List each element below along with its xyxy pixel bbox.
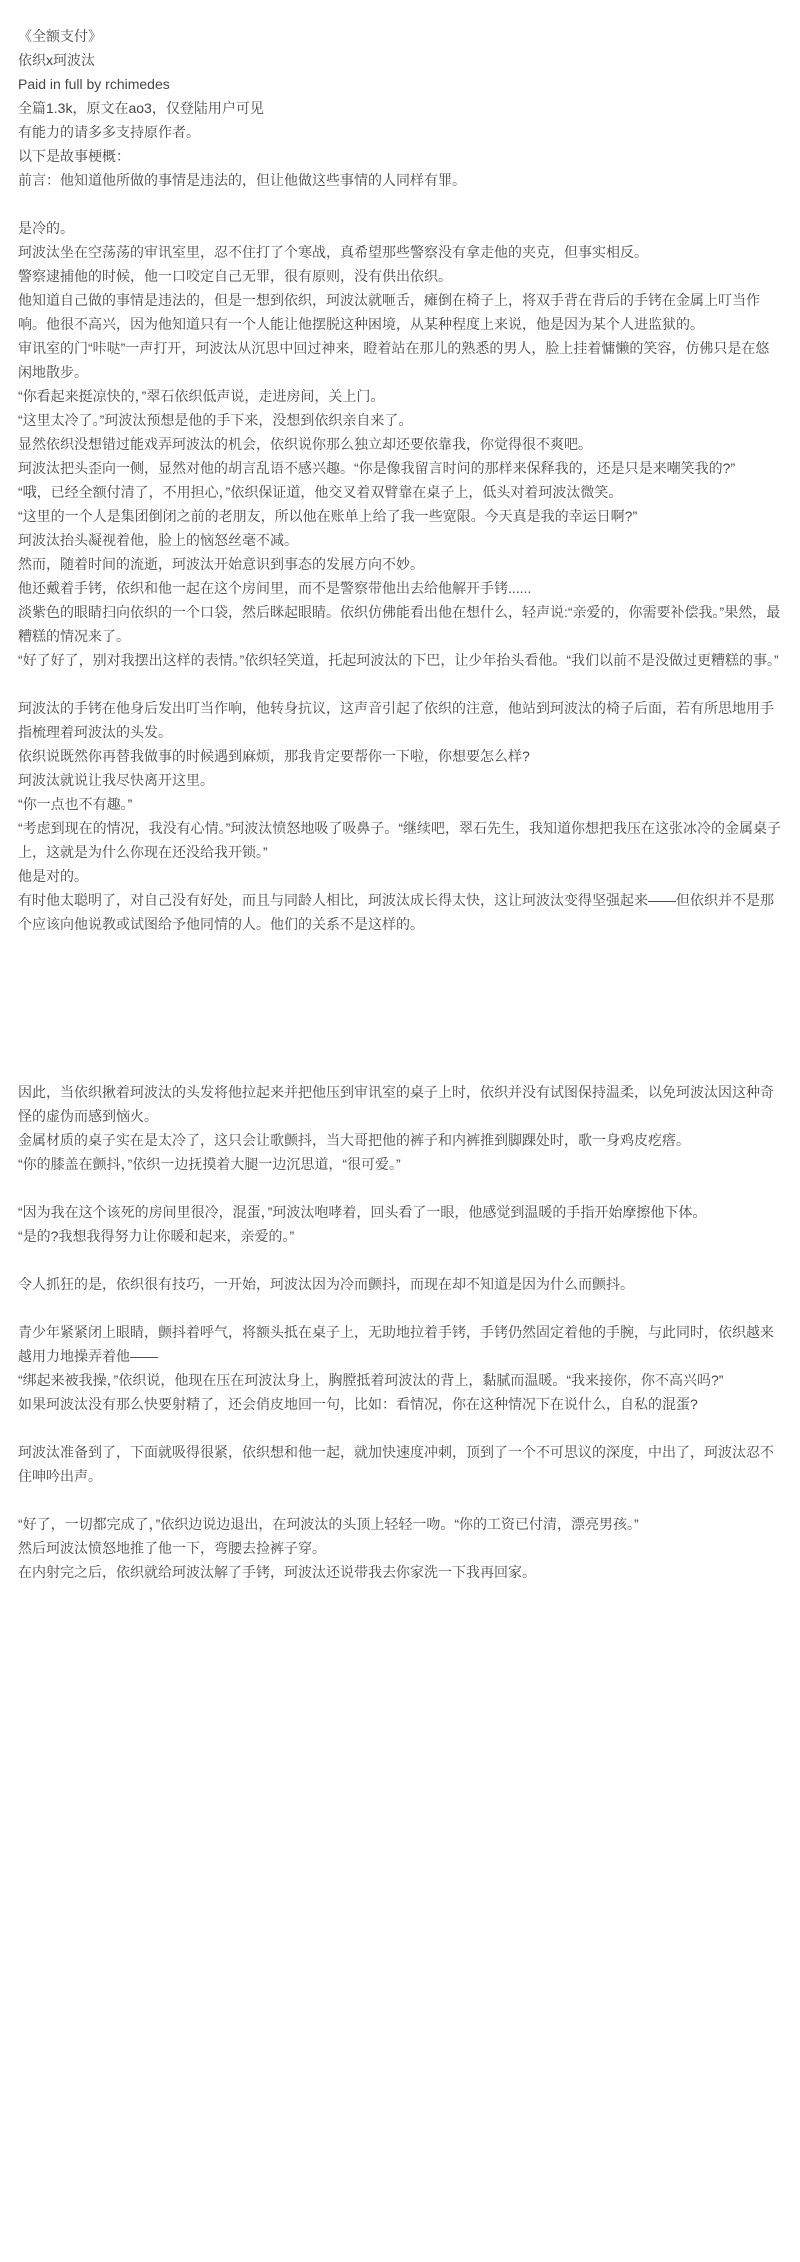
story-info-line-3: 以下是故事梗概： <box>18 144 782 168</box>
story-paragraph: “绑起来被我操，”依织说，他现在压在珂波汰身上，胸膛抵着珂波汰的背上，黏腻而温暖… <box>18 1368 782 1392</box>
story-paragraph: 依织说既然你再替我做事的时候遇到麻烦，那我肯定要帮你一下啦，你想要怎么样? <box>18 744 782 768</box>
story-paragraph: “好了，一切都完成了，”依织边说边退出，在珂波汰的头顶上轻轻一吻。“你的工资已付… <box>18 1512 782 1536</box>
story-paragraph: 他是对的。 <box>18 864 782 888</box>
story-paragraph: 珂波汰准备到了，下面就吸得很紧，依织想和他一起，就加快速度冲刺，顶到了一个不可思… <box>18 1440 782 1488</box>
story-paragraph: 是冷的。 <box>18 216 782 240</box>
story-paragraph: 珂波汰的手铐在他身后发出叮当作响，他转身抗议，这声音引起了依织的注意，他站到珂波… <box>18 696 782 744</box>
story-paragraph: 青少年紧紧闭上眼睛，颤抖着呼气，将额头抵在桌子上，无助地拉着手铐，手铐仍然固定着… <box>18 1320 782 1368</box>
story-paragraph: 然后珂波汰愤怒地推了他一下，弯腰去捡裤子穿。 <box>18 1536 782 1560</box>
story-paragraph: 他知道自己做的事情是违法的，但是一想到依织，珂波汰就咂舌，瘫倒在椅子上，将双手背… <box>18 288 782 336</box>
story-paragraph: “这里太冷了。”珂波汰预想是他的手下来，没想到依织亲自来了。 <box>18 408 782 432</box>
blank-line <box>18 672 782 696</box>
blank-line <box>18 1296 782 1320</box>
story-pairing: 依织x珂波汰 <box>18 48 782 72</box>
story-document: 《全额支付》 依织x珂波汰 Paid in full by rchimedes … <box>0 0 800 2262</box>
story-paragraph: 在内射完之后，依织就给珂波汰解了手铐，珂波汰还说带我去你家洗一下我再回家。 <box>18 1560 782 1584</box>
story-paragraph: 珂波汰把头歪向一侧，显然对他的胡言乱语不感兴趣。“你是像我留言时问的那样来保释我… <box>18 456 782 480</box>
blank-line <box>18 1032 782 1056</box>
story-paragraph: 警察逮捕他的时候，他一口咬定自己无罪，很有原则，没有供出依织。 <box>18 264 782 288</box>
story-title: 《全额支付》 <box>18 24 782 48</box>
story-paragraph: “你一点也不有趣。” <box>18 792 782 816</box>
story-info-line-1: 全篇1.3k，原文在ao3，仅登陆用户可见 <box>18 96 782 120</box>
story-paragraph: 显然依织没想错过能戏弄珂波汰的机会，依织说你那么独立却还要依靠我，你觉得很不爽吧… <box>18 432 782 456</box>
story-paragraph: 有时他太聪明了，对自己没有好处，而且与同龄人相比，珂波汰成长得太快，这让珂波汰变… <box>18 888 782 936</box>
story-info-line-2: 有能力的请多多支持原作者。 <box>18 120 782 144</box>
story-paragraph: “考虑到现在的情况，我没有心情。”珂波汰愤怒地吸了吸鼻子。“继续吧，翠石先生，我… <box>18 816 782 864</box>
blank-line <box>18 1488 782 1512</box>
blank-line <box>18 984 782 1008</box>
story-source-title: Paid in full by rchimedes <box>18 72 782 96</box>
story-paragraph: 他还戴着手铐，依织和他一起在这个房间里，而不是警察带他出去给他解开手铐.....… <box>18 576 782 600</box>
story-paragraph: 金属材质的桌子实在是太冷了，这只会让歌颤抖，当大哥把他的裤子和内裤推到脚踝处时，… <box>18 1128 782 1152</box>
story-paragraph: “因为我在这个该死的房间里很冷，混蛋，”珂波汰咆哮着，回头看了一眼，他感觉到温暖… <box>18 1200 782 1224</box>
blank-line <box>18 1416 782 1440</box>
blank-line <box>18 1248 782 1272</box>
story-paragraph: 令人抓狂的是，依织很有技巧，一开始，珂波汰因为冷而颤抖，而现在却不知道是因为什么… <box>18 1272 782 1296</box>
story-paragraph: “好了好了，别对我摆出这样的表情。”依织轻笑道，托起珂波汰的下巴，让少年抬头看他… <box>18 648 782 672</box>
story-paragraph: 然而，随着时间的流逝，珂波汰开始意识到事态的发展方向不妙。 <box>18 552 782 576</box>
blank-line <box>18 1056 782 1080</box>
story-paragraph: “你看起来挺凉快的，”翠石依织低声说，走进房间，关上门。 <box>18 384 782 408</box>
story-header: 《全额支付》 依织x珂波汰 Paid in full by rchimedes … <box>18 24 782 168</box>
story-paragraph: 珂波汰坐在空荡荡的审讯室里，忍不住打了个寒战，真希望那些警察没有拿走他的夹克，但… <box>18 240 782 264</box>
story-paragraph: 前言：他知道他所做的事情是违法的，但让他做这些事情的人同样有罪。 <box>18 168 782 192</box>
story-paragraph: 珂波汰就说让我尽快离开这里。 <box>18 768 782 792</box>
story-paragraph: “哦，已经全额付清了，不用担心，”依织保证道，他交叉着双臂靠在桌子上，低头对着珂… <box>18 480 782 504</box>
story-paragraph: “你的膝盖在颤抖，”依织一边抚摸着大腿一边沉思道，“很可爱。” <box>18 1152 782 1176</box>
blank-line <box>18 936 782 960</box>
story-paragraph: “这里的一个人是集团倒闭之前的老朋友，所以他在账单上给了我一些宽限。今天真是我的… <box>18 504 782 528</box>
story-body: 前言：他知道他所做的事情是违法的，但让他做这些事情的人同样有罪。是冷的。珂波汰坐… <box>18 168 782 1584</box>
story-paragraph: “是的?我想我得努力让你暖和起来，亲爱的。” <box>18 1224 782 1248</box>
blank-line <box>18 1176 782 1200</box>
story-paragraph: 淡紫色的眼睛扫向依织的一个口袋，然后眯起眼睛。依织仿佛能看出他在想什么，轻声说:… <box>18 600 782 648</box>
story-paragraph: 珂波汰抬头凝视着他，脸上的恼怒丝毫不减。 <box>18 528 782 552</box>
story-paragraph: 如果珂波汰没有那么快要射精了，还会俏皮地回一句，比如：看情况，你在这种情况下在说… <box>18 1392 782 1416</box>
blank-line <box>18 1008 782 1032</box>
blank-line <box>18 960 782 984</box>
story-paragraph: 因此，当依织揪着珂波汰的头发将他拉起来并把他压到审讯室的桌子上时，依织并没有试图… <box>18 1080 782 1128</box>
blank-line <box>18 192 782 216</box>
story-paragraph: 审讯室的门“咔哒”一声打开，珂波汰从沉思中回过神来，瞪着站在那儿的熟悉的男人，脸… <box>18 336 782 384</box>
